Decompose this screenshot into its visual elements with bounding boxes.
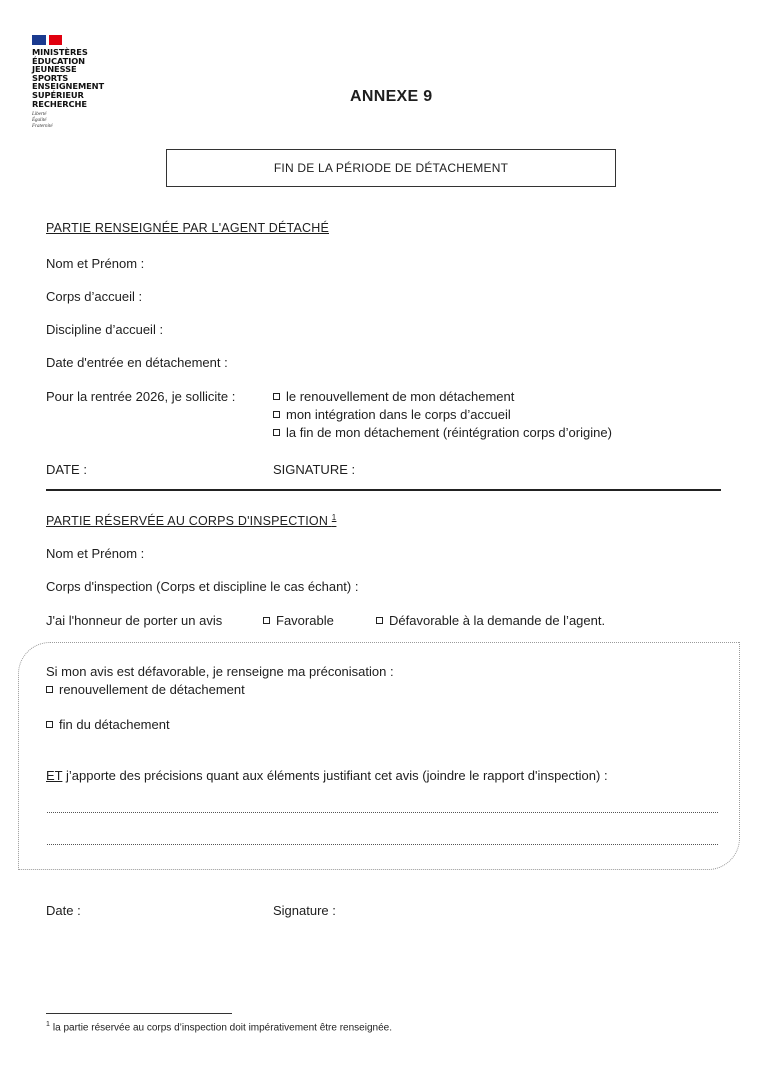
inspector-date-field[interactable]: Date : <box>46 903 81 918</box>
checkbox-icon[interactable] <box>273 411 280 418</box>
inspection-section-heading: PARTIE RÉSERVÉE AU CORPS D'INSPECTION 1 <box>46 513 336 528</box>
request-option-renewal[interactable]: le renouvellement de mon détachement <box>273 389 514 404</box>
request-label: Pour la rentrée 2026, je sollicite : <box>46 389 235 404</box>
agent-signature-field[interactable]: SIGNATURE : <box>273 462 355 477</box>
justification-line-2[interactable] <box>47 844 718 845</box>
footnote: 1la partie réservée au corps d’inspectio… <box>46 1021 392 1033</box>
ministry-logo: MINISTÈRES ÉDUCATION JEUNESSE SPORTS ENS… <box>32 35 132 130</box>
document-title: ANNEXE 9 <box>350 88 432 106</box>
checkbox-icon[interactable] <box>376 617 383 624</box>
option-label: Défavorable à la demande de l’agent. <box>389 613 605 628</box>
host-discipline-field[interactable]: Discipline d’accueil : <box>46 322 163 337</box>
justification-label: ET j’apporte des précisions quant aux él… <box>46 768 608 783</box>
inspector-name-field[interactable]: Nom et Prénom : <box>46 546 144 561</box>
justification-text: j’apporte des précisions quant aux éléme… <box>62 768 607 783</box>
opinion-favorable[interactable]: Favorable <box>263 613 334 628</box>
footnote-ref[interactable]: 1 <box>332 513 337 522</box>
option-label: le renouvellement de mon détachement <box>286 389 514 404</box>
option-label: fin du détachement <box>59 717 170 732</box>
checkbox-icon[interactable] <box>46 721 53 728</box>
heading-text: PARTIE RÉSERVÉE AU CORPS D'INSPECTION <box>46 514 328 528</box>
document-subtitle-box: FIN DE LA PÉRIODE DE DÉTACHEMENT <box>166 149 616 187</box>
unfavorable-intro: Si mon avis est défavorable, je renseign… <box>46 664 394 679</box>
request-option-integration[interactable]: mon intégration dans le corps d’accueil <box>273 407 511 422</box>
footnote-number: 1 <box>46 1021 50 1028</box>
republic-motto: Liberté Égalité Fraternité <box>32 112 132 130</box>
recommend-renewal[interactable]: renouvellement de détachement <box>46 682 245 697</box>
opinion-label: J'ai l'honneur de porter un avis <box>46 613 222 628</box>
section-divider <box>46 489 721 491</box>
inspector-signature-field[interactable]: Signature : <box>273 903 336 918</box>
checkbox-icon[interactable] <box>46 686 53 693</box>
opinion-unfavorable[interactable]: Défavorable à la demande de l’agent. <box>376 613 605 628</box>
checkbox-icon[interactable] <box>263 617 270 624</box>
logo-line: RECHERCHE <box>32 100 132 109</box>
document-subtitle: FIN DE LA PÉRIODE DE DÉTACHEMENT <box>274 161 508 175</box>
option-label: Favorable <box>276 613 334 628</box>
request-option-end[interactable]: la fin de mon détachement (réintégration… <box>273 425 612 440</box>
agent-section-heading: PARTIE RENSEIGNÉE PAR L'AGENT DÉTACHÉ <box>46 221 329 235</box>
option-label: renouvellement de détachement <box>59 682 245 697</box>
flag-red <box>49 35 62 45</box>
host-corps-field[interactable]: Corps d’accueil : <box>46 289 142 304</box>
checkbox-icon[interactable] <box>273 393 280 400</box>
footnote-text: la partie réservée au corps d’inspection… <box>53 1022 392 1033</box>
marianne-flag-icon <box>32 35 132 45</box>
motto-line: Fraternité <box>32 124 132 130</box>
justification-line-1[interactable] <box>47 812 718 813</box>
agent-name-field[interactable]: Nom et Prénom : <box>46 256 144 271</box>
flag-blue <box>32 35 46 45</box>
option-label: la fin de mon détachement (réintégration… <box>286 425 612 440</box>
justification-prefix: ET <box>46 768 62 783</box>
recommend-end[interactable]: fin du détachement <box>46 717 170 732</box>
option-label: mon intégration dans le corps d’accueil <box>286 407 511 422</box>
footnote-separator <box>46 1013 232 1014</box>
agent-date-field[interactable]: DATE : <box>46 462 87 477</box>
checkbox-icon[interactable] <box>273 429 280 436</box>
entry-date-field[interactable]: Date d'entrée en détachement : <box>46 355 228 370</box>
inspection-corps-field[interactable]: Corps d'inspection (Corps et discipline … <box>46 579 358 594</box>
ministry-name: MINISTÈRES ÉDUCATION JEUNESSE SPORTS ENS… <box>32 48 132 108</box>
